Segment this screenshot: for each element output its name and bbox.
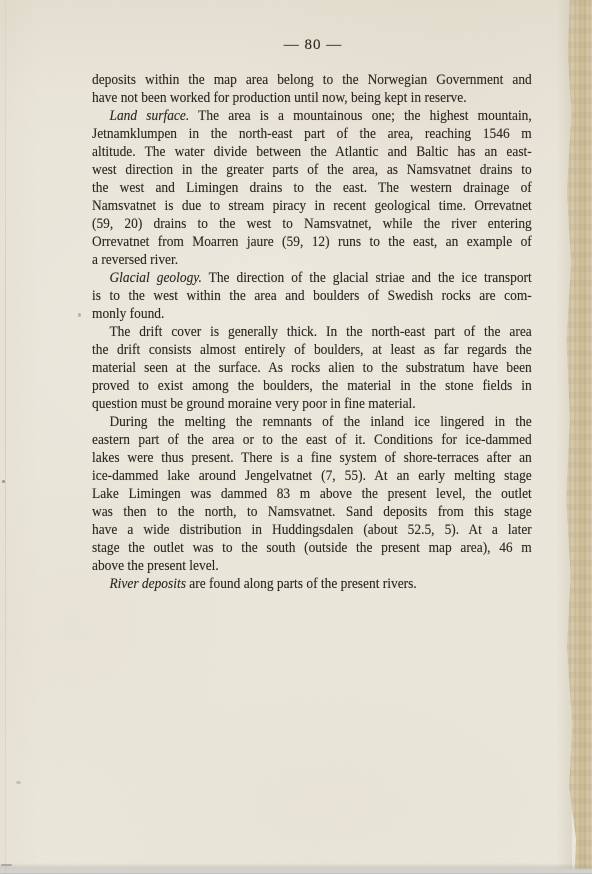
- italic-text-run: Land surface.: [109, 108, 189, 124]
- text-run: stage the outlet was to the south (outsi…: [92, 540, 532, 556]
- text-line: is to the west within the area and bould…: [92, 287, 532, 305]
- text-line: Lake Limingen was dammed 83 m above the …: [92, 485, 532, 503]
- text-run: eastern part of the area or to the east …: [92, 432, 532, 448]
- ink-speck: [16, 781, 21, 784]
- scanned-book-page: — 80 — deposits within the map area belo…: [0, 0, 592, 874]
- text-line: Jetnamklumpen in the north-east part of …: [92, 125, 532, 143]
- text-line: proved to exist among the boulders, the …: [92, 377, 532, 395]
- text-line: The drift cover is generally thick. In t…: [92, 323, 532, 341]
- text-run: Namsvatnet is due to stream piracy in re…: [92, 198, 532, 214]
- text-line: was then to the north, to Namsvatnet. Sa…: [92, 503, 532, 521]
- text-line: question must be ground moraine very poo…: [92, 395, 532, 413]
- text-line: altitude. The water divide between the A…: [92, 143, 532, 161]
- text-run: are found along parts of the present riv…: [186, 576, 417, 592]
- text-run: The direction of the glacial striae and …: [202, 270, 532, 286]
- text-run: (59, 20) drains to the west to Namsvatne…: [92, 216, 532, 232]
- text-line: During the melting the remnants of the i…: [92, 413, 532, 431]
- page-number: — 80 —: [93, 37, 533, 54]
- text-run: west direction in the greater parts of t…: [92, 162, 532, 178]
- text-block: deposits within the map area belong to t…: [92, 71, 532, 593]
- italic-text-run: River deposits: [109, 576, 185, 592]
- text-line: monly found.: [92, 305, 532, 323]
- text-run: above the present level.: [92, 558, 219, 574]
- text-line: west direction in the greater parts of t…: [92, 161, 532, 179]
- text-run: the west and Limingen drains to the east…: [92, 180, 532, 196]
- text-line: above the present level.: [92, 557, 532, 575]
- text-line: material seen at the surface. As rocks a…: [92, 359, 532, 377]
- text-line: Land surface. The area is a mountainous …: [92, 107, 532, 125]
- text-run: The drift cover is generally thick. In t…: [109, 324, 531, 340]
- text-line: eastern part of the area or to the east …: [92, 431, 532, 449]
- text-run: have a wide distribution in Huddingsdale…: [92, 522, 532, 538]
- text-run: Orrevatnet from Moarren jaure (59, 12) r…: [92, 234, 532, 250]
- text-line: (59, 20) drains to the west to Namsvatne…: [92, 215, 532, 233]
- text-run: ice-dammed lake around Jengelvatnet (7, …: [92, 468, 532, 484]
- text-run: altitude. The water divide between the A…: [92, 144, 532, 160]
- text-line: deposits within the map area belong to t…: [92, 71, 532, 89]
- text-run: is to the west within the area and bould…: [92, 288, 532, 304]
- text-line: the west and Limingen drains to the east…: [92, 179, 532, 197]
- text-run: the drift consists almost entirely of bo…: [92, 342, 532, 358]
- text-line: the drift consists almost entirely of bo…: [92, 341, 532, 359]
- text-run: Jetnamklumpen in the north-east part of …: [92, 126, 532, 142]
- text-line: Glacial geology. The direction of the gl…: [92, 269, 532, 287]
- text-run: Lake Limingen was dammed 83 m above the …: [92, 486, 532, 502]
- text-run: a reversed river.: [92, 252, 178, 268]
- text-line: a reversed river.: [92, 251, 532, 269]
- text-run: During the melting the remnants of the i…: [109, 414, 531, 430]
- text-line: have not been worked for production unti…: [92, 89, 532, 107]
- text-run: deposits within the map area belong to t…: [92, 72, 532, 88]
- text-line: Namsvatnet is due to stream piracy in re…: [92, 197, 532, 215]
- left-fold-line: [5, 0, 6, 874]
- scan-bottom-edge: [0, 863, 592, 874]
- text-line: ice-dammed lake around Jengelvatnet (7, …: [92, 467, 532, 485]
- text-run: question must be ground moraine very poo…: [92, 396, 416, 412]
- text-line: lakes were thus present. There is a fine…: [92, 449, 532, 467]
- text-run: The area is a mountainous one; the highe…: [189, 108, 532, 124]
- text-line: Orrevatnet from Moarren jaure (59, 12) r…: [92, 233, 532, 251]
- text-run: proved to exist among the boulders, the …: [92, 378, 532, 394]
- text-run: have not been worked for production unti…: [92, 90, 467, 106]
- text-run: was then to the north, to Namsvatnet. Sa…: [92, 504, 532, 520]
- text-line: stage the outlet was to the south (outsi…: [92, 539, 532, 557]
- italic-text-run: Glacial geology.: [109, 270, 201, 286]
- ink-speck: [1, 864, 12, 866]
- ink-speck: [2, 480, 5, 483]
- text-run: material seen at the surface. As rocks a…: [92, 360, 532, 376]
- text-run: monly found.: [92, 306, 164, 322]
- text-line: River deposits are found along parts of …: [92, 575, 532, 593]
- ink-speck: [78, 313, 81, 317]
- text-line: have a wide distribution in Huddingsdale…: [92, 521, 532, 539]
- text-run: lakes were thus present. There is a fine…: [92, 450, 532, 466]
